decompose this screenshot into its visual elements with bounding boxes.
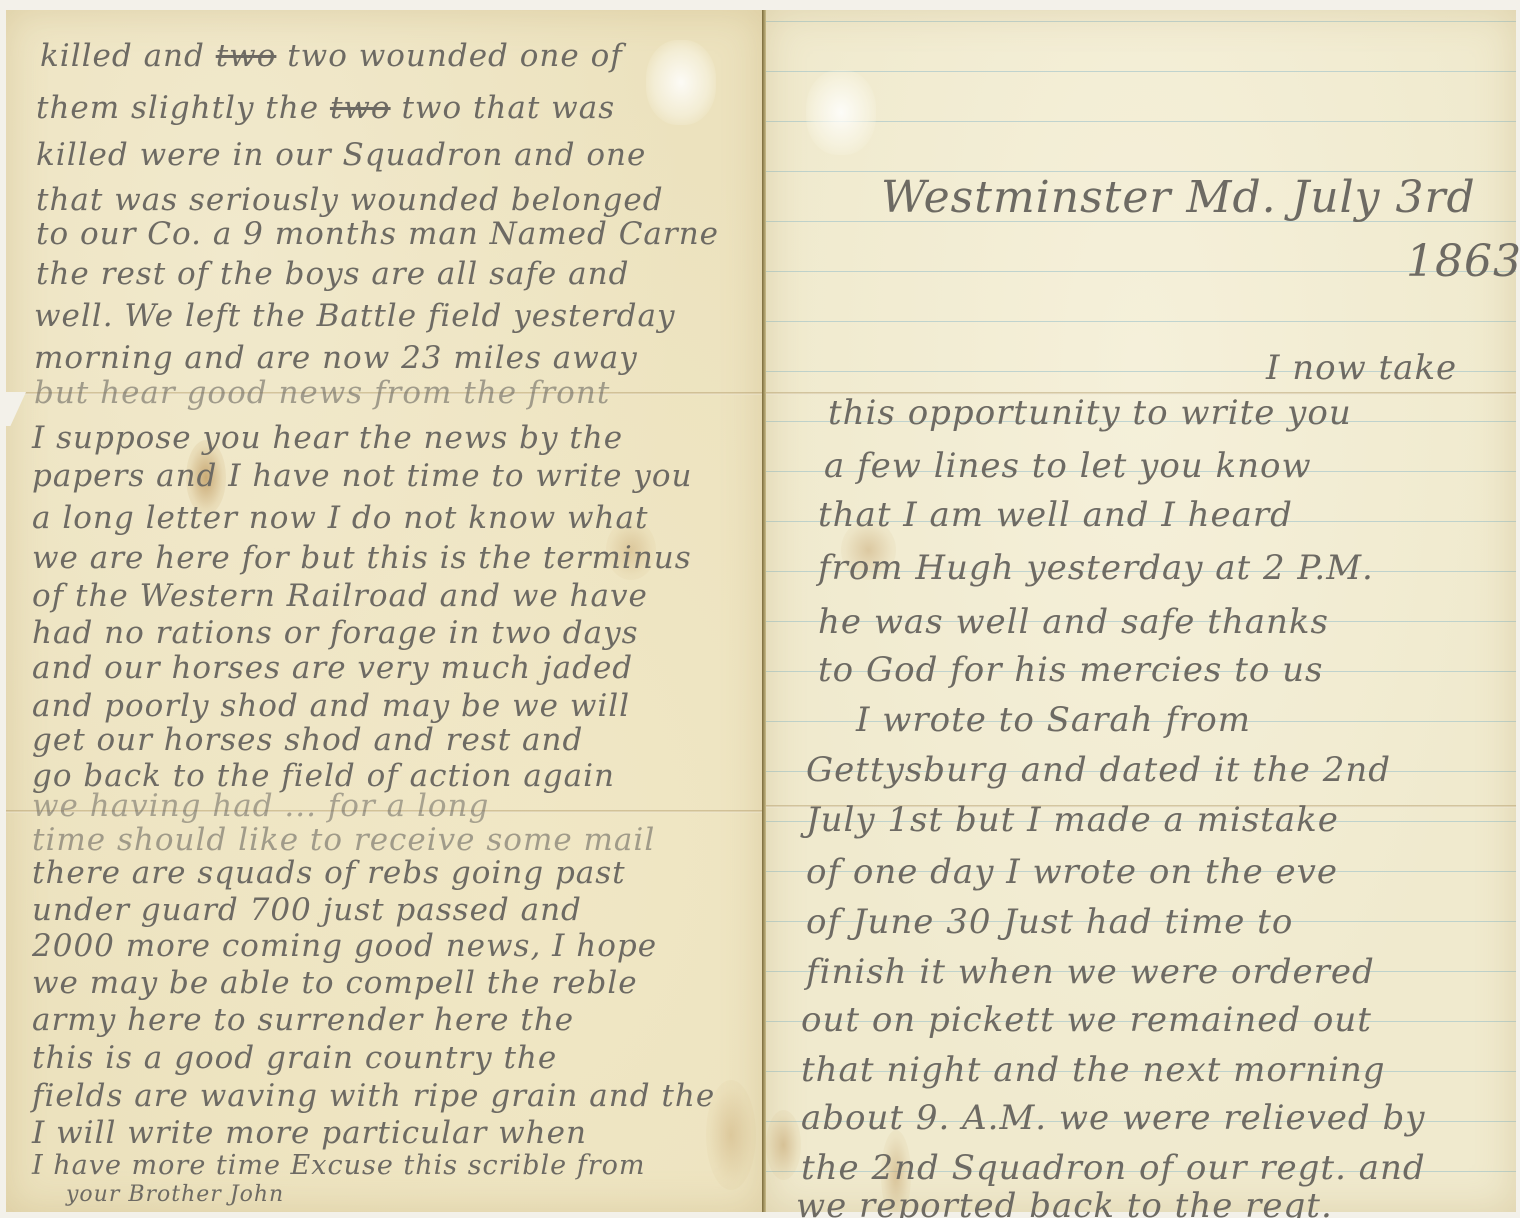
right-line-4: that I am well and I heard bbox=[818, 495, 1293, 535]
right-line-16: about 9. A.M. we were relieved by bbox=[801, 1098, 1425, 1138]
water-stain bbox=[766, 1110, 801, 1180]
right-line-3: a few lines to let you know bbox=[824, 446, 1312, 486]
right-line-10: July 1st but I made a mistake bbox=[806, 800, 1339, 840]
left-line-26: army here to surrender here the bbox=[32, 1002, 574, 1038]
left-line-20: we having had ... for a long bbox=[32, 788, 489, 824]
signature: your Brother John bbox=[66, 1182, 284, 1207]
right-line-9: Gettysburg and dated it the 2nd bbox=[806, 750, 1391, 790]
right-line-1: I now take bbox=[1266, 348, 1457, 388]
right-line-14: out on pickett we remained out bbox=[801, 1000, 1372, 1040]
right-page: Westminster Md. July 3rd 1863 I now take… bbox=[766, 10, 1516, 1212]
left-line-7: well. We left the Battle field yesterday bbox=[34, 298, 676, 334]
left-line-17: and poorly shod and may be we will bbox=[32, 688, 630, 724]
right-line-7: to God for his mercies to us bbox=[818, 650, 1323, 690]
left-line-1: killed and two two wounded one of bbox=[40, 38, 623, 74]
left-line-29: I will write more particular when bbox=[32, 1115, 587, 1151]
right-line-8: I wrote to Sarah from bbox=[856, 700, 1251, 740]
left-line-11: papers and I have not time to write you bbox=[32, 458, 692, 494]
left-line-12: a long letter now I do not know what bbox=[32, 500, 648, 536]
left-line-25: we may be able to compell the reble bbox=[32, 965, 638, 1001]
right-line-2: this opportunity to write you bbox=[828, 393, 1352, 433]
left-line-13: we are here for but this is the terminus bbox=[32, 540, 692, 576]
right-line-5: from Hugh yesterday at 2 P.M. bbox=[818, 548, 1374, 588]
right-line-6: he was well and safe thanks bbox=[818, 602, 1329, 642]
left-page: killed and two two wounded one of them s… bbox=[6, 10, 762, 1212]
year: 1863 bbox=[1406, 236, 1520, 287]
left-line-27: this is a good grain country the bbox=[32, 1040, 557, 1076]
right-line-13: finish it when we were ordered bbox=[806, 952, 1375, 992]
left-line-3: killed were in our Squadron and one bbox=[36, 137, 646, 173]
left-line-5: to our Co. a 9 months man Named Carne bbox=[36, 216, 719, 252]
right-line-17: the 2nd Squadron of our regt. and bbox=[801, 1148, 1426, 1188]
left-line-4: that was seriously wounded belonged bbox=[36, 182, 664, 218]
left-line-15: had no rations or forage in two days bbox=[32, 615, 639, 651]
left-line-28: fields are waving with ripe grain and th… bbox=[32, 1078, 715, 1114]
left-line-22: there are squads of rebs going past bbox=[32, 855, 626, 891]
left-line-9: but hear good news from the front bbox=[34, 375, 610, 411]
embossed-seal bbox=[646, 40, 716, 125]
left-line-18: get our horses shod and rest and bbox=[32, 722, 583, 758]
left-line-6: the rest of the boys are all safe and bbox=[36, 256, 629, 292]
left-line-24: 2000 more coming good news, I hope bbox=[32, 928, 657, 964]
right-line-15: that night and the next morning bbox=[801, 1050, 1386, 1090]
right-line-18: we reported back to the regt. bbox=[796, 1186, 1333, 1218]
left-line-2: them slightly the two two that was bbox=[36, 90, 615, 126]
left-line-10: I suppose you hear the news by the bbox=[32, 420, 623, 456]
right-line-11: of one day I wrote on the eve bbox=[806, 852, 1338, 892]
left-line-16: and our horses are very much jaded bbox=[32, 650, 633, 686]
left-line-14: of the Western Railroad and we have bbox=[32, 578, 648, 614]
right-line-12: of June 30 Just had time to bbox=[806, 902, 1293, 942]
left-line-8: morning and are now 23 miles away bbox=[34, 340, 638, 376]
embossed-seal bbox=[806, 70, 876, 155]
left-line-23: under guard 700 just passed and bbox=[32, 892, 582, 928]
place-date: Westminster Md. July 3rd bbox=[881, 172, 1476, 223]
left-line-30: I have more time Excuse this scrible fro… bbox=[32, 1150, 645, 1181]
left-line-21: time should like to receive some mail bbox=[32, 822, 655, 858]
